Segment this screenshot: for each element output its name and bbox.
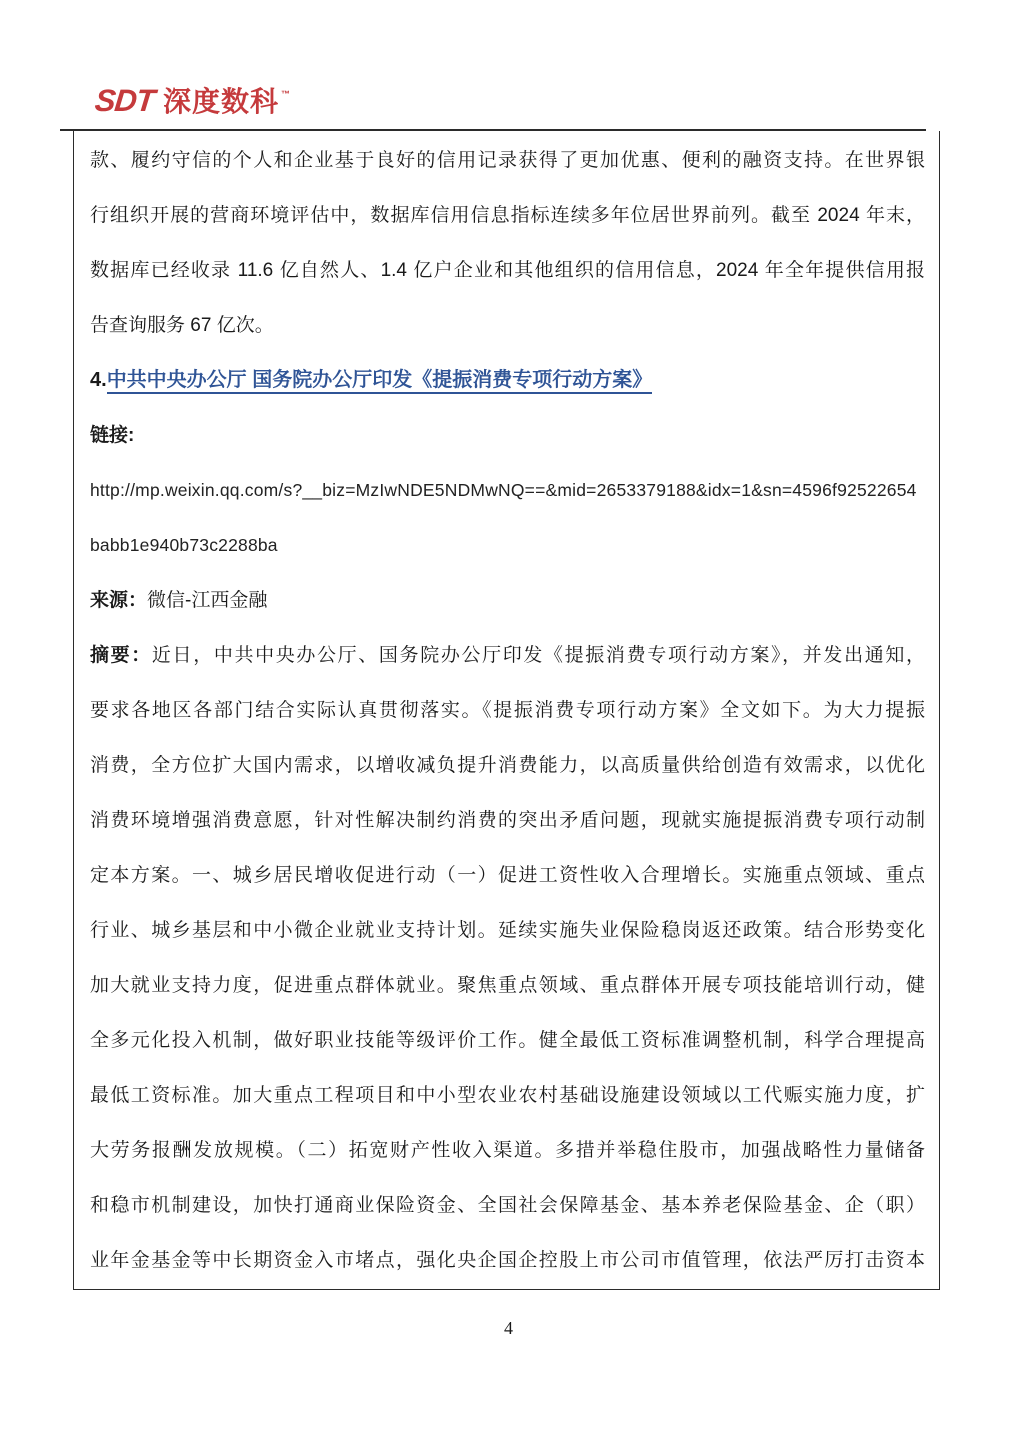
item-number: 4. xyxy=(90,369,107,391)
text-line: http://mp.weixin.qq.com/s?__biz=MzIwNDE5… xyxy=(90,463,925,518)
text-line: 消费环境增强消费意愿，针对性解决制约消费的突出矛盾问题，现就实施提振消费专项行动… xyxy=(90,793,925,848)
text-line: 定本方案。一、城乡居民增收促进行动（一）促进工资性收入合理增长。实施重点领域、重… xyxy=(90,848,925,903)
paragraph-credit-database: 款、履约守信的个人和企业基于良好的信用记录获得了更加优惠、便利的融资支持。在世界… xyxy=(90,133,925,353)
text-line: 行组织开展的营商环境评估中，数据库信用信息指标连续多年位居世界前列。截至 202… xyxy=(90,188,925,243)
trademark-symbol: ™ xyxy=(281,89,290,99)
logo-company-name: 深度数科 xyxy=(163,80,279,120)
content-box: 款、履约守信的个人和企业基于良好的信用记录获得了更加优惠、便利的融资支持。在世界… xyxy=(73,131,940,1290)
text-line: 要求各地区各部门结合实际认真贯彻落实。《提振消费专项行动方案》全文如下。为大力提… xyxy=(90,683,925,738)
text-line: 和稳市机制建设，加快打通商业保险资金、全国社会保障基金、基本养老保险基金、企（职… xyxy=(90,1178,925,1233)
logo-brand-text: SDT xyxy=(93,83,156,119)
text-line: 业年金基金等中长期资金入市堵点，强化央企国企控股上市公司市值管理，依法严厉打击资… xyxy=(90,1233,925,1288)
text-line: 消费，全方位扩大国内需求，以增收减负提升消费能力，以高质量供给创造有效需求，以优… xyxy=(90,738,925,793)
summary-first-text: 近日，中共中央办公厅、国务院办公厅印发《提振消费专项行动方案》，并发出通知， xyxy=(152,645,925,666)
text-line: 全多元化投入机制，做好职业技能等级评价工作。健全最低工资标准调整机制，科学合理提… xyxy=(90,1013,925,1068)
text-line: 大劳务报酬发放规模。（二）拓宽财产性收入渠道。多措并举稳住股市，加强战略性力量储… xyxy=(90,1123,925,1178)
link-label: 链接: xyxy=(90,408,925,463)
source-line: 来源：微信-江西金融 xyxy=(90,573,925,628)
page-number: 4 xyxy=(0,1318,1017,1339)
text-line: 最低工资标准。加大重点工程项目和中小型农业农村基础设施建设领域以工代赈实施力度，… xyxy=(90,1068,925,1123)
summary-label: 摘要： xyxy=(90,645,152,666)
text-line: 告查询服务 67 亿次。 xyxy=(90,298,925,353)
summary-body: 要求各地区各部门结合实际认真贯彻落实。《提振消费专项行动方案》全文如下。为大力提… xyxy=(90,683,925,1288)
text-line: 行业、城乡基层和中小微企业就业支持计划。延续实施失业保险稳岗返还政策。结合形势变… xyxy=(90,903,925,958)
text-line: 数据库已经收录 11.6 亿自然人、1.4 亿户企业和其他组织的信用信息，202… xyxy=(90,243,925,298)
text-line: 加大就业支持力度，促进重点群体就业。聚焦重点领域、重点群体开展专项技能培训行动，… xyxy=(90,958,925,1013)
company-logo: SDT 深度数科 ™ xyxy=(95,80,288,120)
summary-first-line: 摘要：近日，中共中央办公厅、国务院办公厅印发《提振消费专项行动方案》，并发出通知… xyxy=(90,628,925,683)
article-url: http://mp.weixin.qq.com/s?__biz=MzIwNDE5… xyxy=(90,463,925,573)
source-label: 来源： xyxy=(90,590,147,611)
item-heading: 4.中共中央办公厅 国务院办公厅印发《提振消费专项行动方案》 xyxy=(90,353,925,408)
text-line: babb1e940b73c2288ba xyxy=(90,518,925,573)
item-title-link[interactable]: 中共中央办公厅 国务院办公厅印发《提振消费专项行动方案》 xyxy=(107,369,653,394)
document-page: { "page": { "number": "4" }, "logo": { "… xyxy=(0,0,1017,1435)
text-line: 款、履约守信的个人和企业基于良好的信用记录获得了更加优惠、便利的融资支持。在世界… xyxy=(90,133,925,188)
source-value: 微信-江西金融 xyxy=(147,590,267,611)
